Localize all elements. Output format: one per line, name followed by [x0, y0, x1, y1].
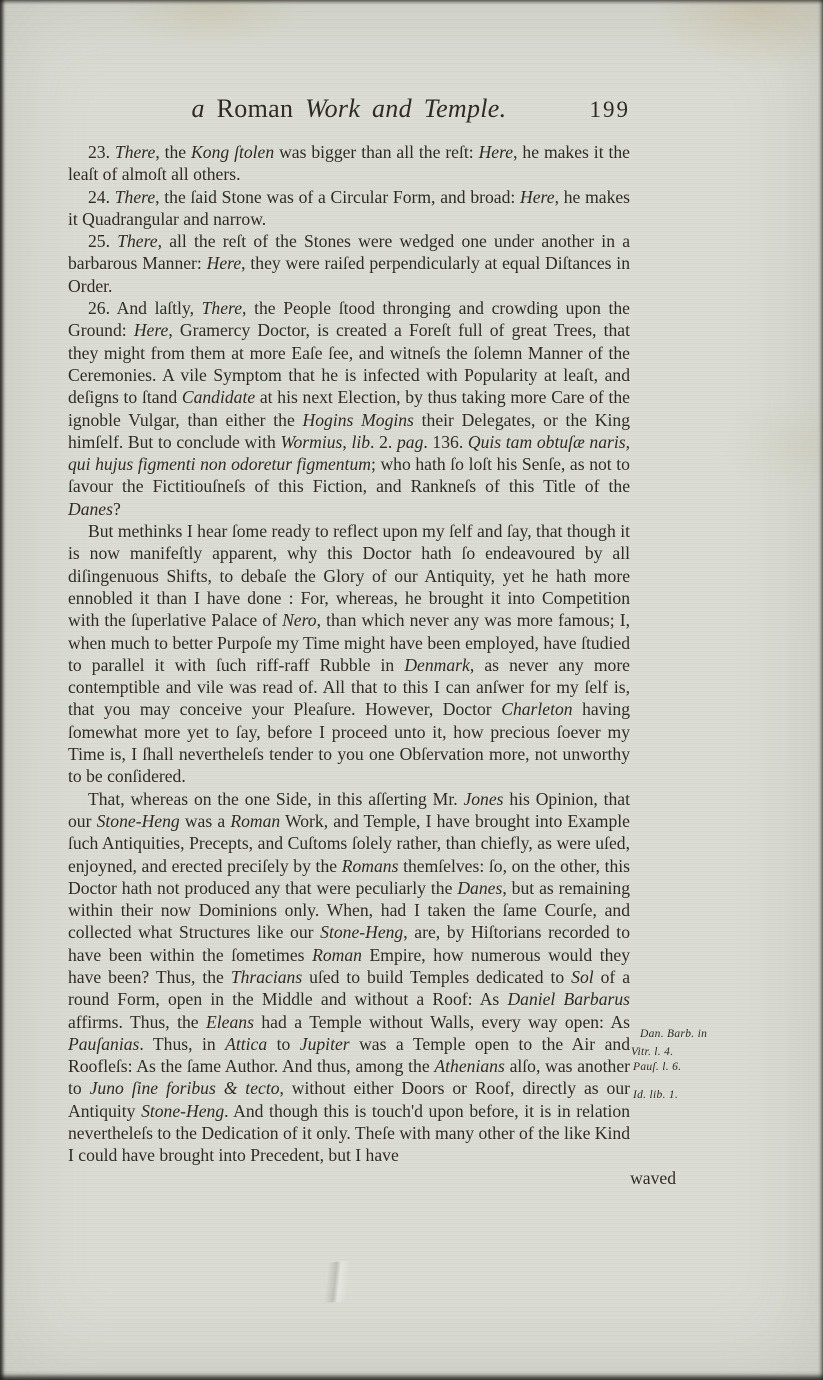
running-header: a Roman Work and Temple. 199	[68, 94, 630, 130]
page-number: 199	[590, 97, 631, 123]
paragraph-item-23: 23. There, the Kong ſtolen was bigger th…	[68, 141, 630, 186]
page-body-text: 23. There, the Kong ſtolen was bigger th…	[68, 141, 630, 1189]
margin-note-citation: Vitr. l. 4.	[631, 1046, 673, 1058]
paragraph-item-26: 26. And laſtly, There, the People ſtood …	[68, 297, 630, 520]
catchword: waved	[68, 1167, 676, 1189]
book-page-scan: a Roman Work and Temple. 199 23. There, …	[0, 0, 823, 1380]
paragraph-item-24: 24. There, the ſaid Stone was of a Circu…	[68, 186, 630, 231]
paper-crease	[229, 1255, 441, 1310]
paragraph-but-methinks: But methinks I hear ſome ready to reflec…	[68, 520, 630, 788]
paragraph-item-25: 25. There, all the reſt of the Stones we…	[68, 230, 630, 297]
paragraph-that-whereas: That, whereas on the one Side, in this a…	[68, 788, 630, 1167]
margin-note-citation: Dan. Barb. in	[640, 1028, 707, 1040]
margin-note-citation: Pauſ. l. 6.	[633, 1061, 681, 1073]
page-title: a Roman Work and Temple.	[68, 94, 630, 124]
margin-note-citation: Id. lib. 1.	[633, 1089, 678, 1101]
